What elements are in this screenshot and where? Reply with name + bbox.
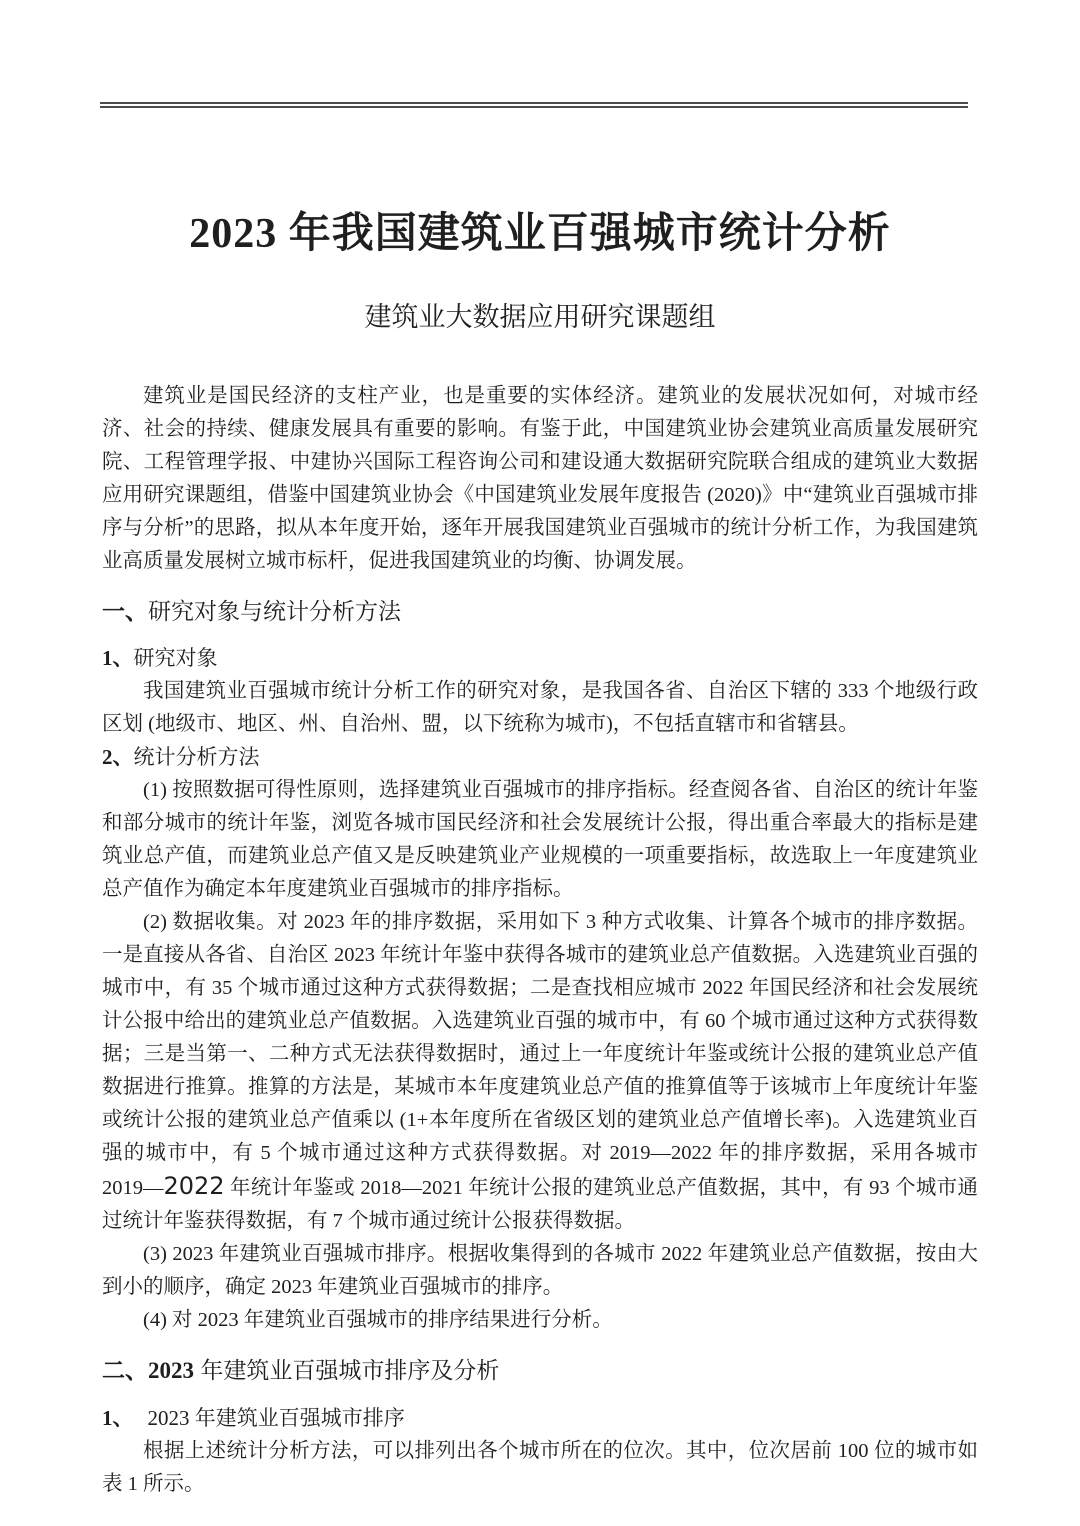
document-body: 建筑业是国民经济的支柱产业，也是重要的实体经济。建筑业的发展状况如何，对城市经济… [102, 380, 978, 1501]
document-title: 2023 年我国建筑业百强城市统计分析 [102, 206, 978, 262]
method-indicator-paragraph: (1) 按照数据可得性原则，选择建筑业百强城市的排序指标。经查阅各省、自治区的统… [102, 774, 978, 906]
author-byline: 建筑业大数据应用研究课题组 [102, 299, 978, 335]
research-object-paragraph: 我国建筑业百强城市统计分析工作的研究对象，是我国各省、自治区下辖的 333 个地… [102, 675, 978, 741]
subsection-2-1-title: 2023 年建筑业百强城市排序 [148, 1406, 405, 1430]
intro-paragraph: 建筑业是国民经济的支柱产业，也是重要的实体经济。建筑业的发展状况如何，对城市经济… [102, 380, 978, 578]
subsection-1-2-heading: 2、统计分析方法 [102, 741, 978, 774]
ranking-method-paragraph: (3) 2023 年建筑业百强城市排序。根据收集得到的各城市 2022 年建筑业… [102, 1238, 978, 1304]
subsection-1-1-heading: 1、研究对象 [102, 642, 978, 675]
document-page: 2023 年我国建筑业百强城市统计分析 建筑业大数据应用研究课题组 建筑业是国民… [0, 0, 1080, 1526]
subsection-1-2-marker: 2、 [102, 745, 134, 769]
section-2-marker: 二、 [102, 1357, 148, 1383]
subsection-1-1-marker: 1、 [102, 646, 134, 670]
section-2-year: 2023 [148, 1358, 194, 1383]
subsection-1-2-title: 统计分析方法 [134, 746, 260, 769]
subsection-1-1-title: 研究对象 [134, 647, 218, 670]
section-heading-2: 二、2023 年建筑业百强城市排序及分析 [102, 1351, 978, 1390]
data-collection-year-highlight: 2022 [164, 1172, 225, 1200]
data-collection-paragraph: (2) 数据收集。对 2023 年的排序数据，采用如下 3 种方式收集、计算各个… [102, 906, 978, 1238]
data-collection-text-a: (2) 数据收集。对 2023 年的排序数据，采用如下 3 种方式收集、计算各个… [102, 911, 978, 1199]
subsection-2-1-marker: 1、 [102, 1406, 134, 1430]
document-content: 2023 年我国建筑业百强城市统计分析 建筑业大数据应用研究课题组 建筑业是国民… [102, 0, 978, 1501]
section-1-title: 研究对象与统计分析方法 [148, 598, 401, 624]
section-heading-1: 一、研究对象与统计分析方法 [102, 592, 978, 630]
section-2-title: 年建筑业百强城市排序及分析 [194, 1357, 499, 1383]
ranking-result-paragraph: 根据上述统计分析方法，可以排列出各个城市所在的位次。其中，位次居前 100 位的… [102, 1435, 978, 1501]
data-collection-text-b: 年统计年鉴或 2018—2021 年统计公报的建筑业总产值数据，其中，有 93 … [102, 1177, 978, 1232]
subsection-2-1-heading: 1、2023 年建筑业百强城市排序 [102, 1402, 978, 1435]
analysis-step-paragraph: (4) 对 2023 年建筑业百强城市的排序结果进行分析。 [102, 1304, 978, 1337]
section-1-marker: 一、 [102, 598, 148, 624]
